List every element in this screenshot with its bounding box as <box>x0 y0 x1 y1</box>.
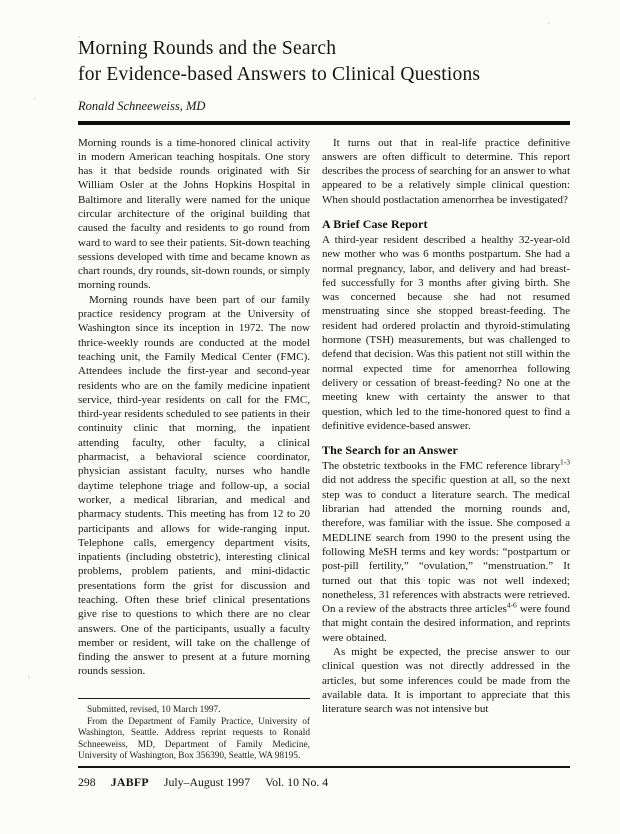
issue-date: July–August 1997 <box>164 775 250 790</box>
journal-page: Morning Rounds and the Search for Eviden… <box>0 0 620 834</box>
article-body: Morning rounds is a time-honored clinica… <box>78 136 570 763</box>
footnote-submitted: Submitted, revised, 10 March 1997. <box>78 705 310 716</box>
author-byline: Ronald Schneeweiss, MD <box>78 99 570 114</box>
paragraph-text: did not address the specific question at… <box>322 474 570 615</box>
body-paragraph: As might be expected, the precise answer… <box>322 645 570 716</box>
right-column: It turns out that in real-life practice … <box>322 136 570 763</box>
body-paragraph: A third-year resident described a health… <box>322 233 570 433</box>
body-paragraph: The obstetric textbooks in the FMC refer… <box>322 459 570 645</box>
title-line-1: Morning Rounds and the Search <box>78 36 570 62</box>
footer-line: 298 JABFP July–August 1997 Vol. 10 No. 4 <box>78 775 570 790</box>
journal-abbrev: JABFP <box>111 775 149 790</box>
footnote-rule <box>78 698 310 699</box>
reference-superscript: 1-3 <box>560 457 570 466</box>
section-heading-search: The Search for an Answer <box>322 443 570 458</box>
body-paragraph: It turns out that in real-life practice … <box>322 136 570 207</box>
article-masthead: Morning Rounds and the Search for Eviden… <box>78 36 570 125</box>
paragraph-text: The obstetric textbooks in the FMC refer… <box>322 460 560 472</box>
page-number: 298 <box>78 775 96 790</box>
footnote-affiliation: From the Department of Family Practice, … <box>78 717 310 763</box>
body-paragraph: Morning rounds is a time-honored clinica… <box>78 136 310 293</box>
scan-artifact <box>78 36 80 38</box>
footer-rule <box>78 766 570 768</box>
volume-info: Vol. 10 No. 4 <box>265 775 328 790</box>
body-paragraph: Morning rounds have been part of our fam… <box>78 293 310 679</box>
section-heading-case-report: A Brief Case Report <box>322 217 570 232</box>
page-title: Morning Rounds and the Search for Eviden… <box>78 36 570 87</box>
reference-superscript: 4-6 <box>507 600 517 609</box>
title-line-2: for Evidence-based Answers to Clinical Q… <box>78 62 570 88</box>
footnote-block: Submitted, revised, 10 March 1997. From … <box>78 698 310 762</box>
column-spacer <box>78 679 310 698</box>
title-rule <box>78 121 570 125</box>
page-footer: 298 JABFP July–August 1997 Vol. 10 No. 4 <box>78 766 570 790</box>
left-column: Morning rounds is a time-honored clinica… <box>78 136 310 763</box>
